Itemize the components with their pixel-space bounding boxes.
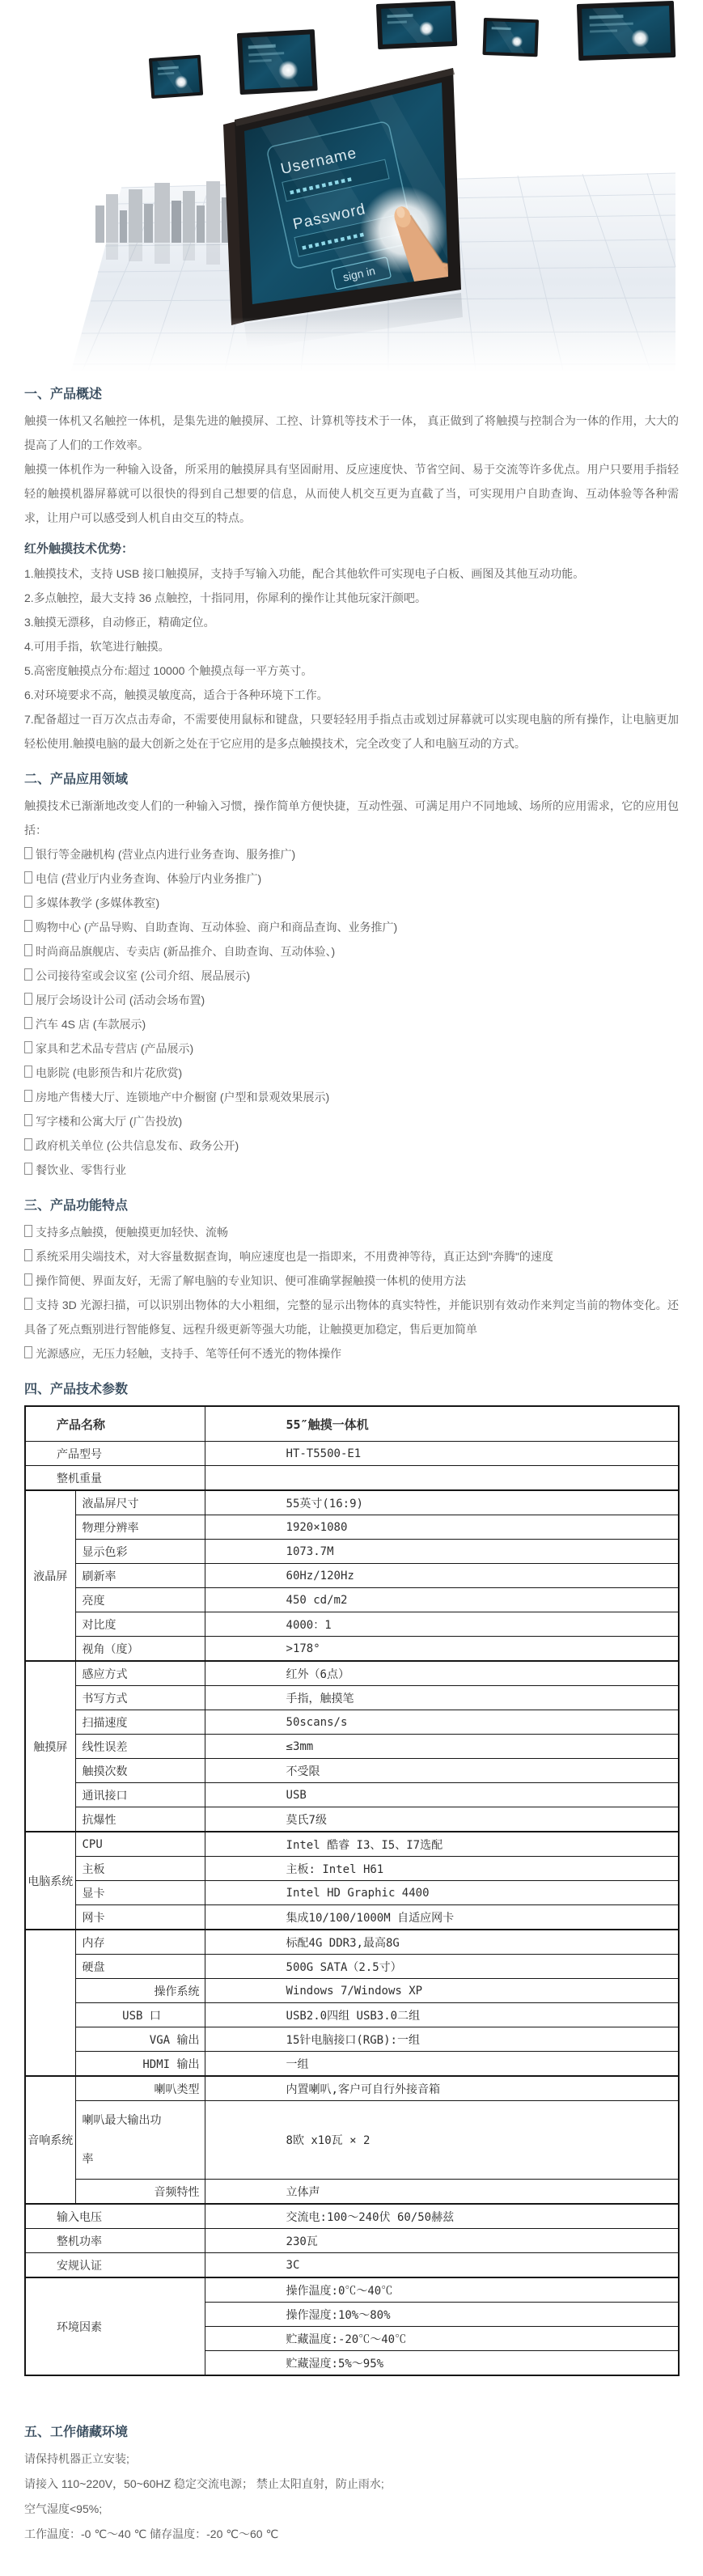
spec-row: 液晶屏 液晶屏尺寸 55英寸(16:9) — [25, 1490, 679, 1515]
spec-row: 整机功率 230瓦 — [25, 2229, 679, 2253]
spec-row: 产品型号 HT-T5500-E1 — [25, 1442, 679, 1466]
spec-value-cell: USB2.0四组 USB3.0二组 — [205, 2003, 679, 2027]
spec-value-cell: ≤3mm — [205, 1735, 679, 1759]
spec-row: 抗爆性莫氏7级 — [25, 1807, 679, 1832]
advantage-item: 7.配备超过一百万次点击寿命，不需要使用鼠标和键盘，只要轻轻用手指点击或划过屏幕… — [24, 707, 679, 756]
application-item: 餐饮业、零售行业 — [24, 1158, 679, 1182]
spec-label-cell: 网卡 — [75, 1905, 205, 1930]
feature-item: 支持多点触摸，便触摸更加轻快、流畅 — [24, 1220, 679, 1244]
spec-label-cell: 对比度 — [75, 1612, 205, 1637]
spec-header-row: 产品名称 55″触摸一体机 — [25, 1406, 679, 1442]
spec-value-cell: Intel HD Graphic 4400 — [205, 1881, 679, 1905]
spec-label-cell: 安规认证 — [25, 2253, 205, 2278]
application-item: 写字楼和公寓大厅 (广告投放) — [24, 1109, 679, 1133]
spec-label-cell: HDMI 输出 — [75, 2052, 205, 2077]
spec-row: 网卡集成10/100/1000M 自适应网卡 — [25, 1905, 679, 1930]
specs-title: 四、产品技术参数 — [24, 1379, 679, 1397]
spec-value-cell: 集成10/100/1000M 自适应网卡 — [205, 1905, 679, 1930]
spec-value-cell: 1920×1080 — [205, 1515, 679, 1540]
box-bullet-icon — [24, 847, 32, 859]
spec-row: HDMI 输出一组 — [25, 2052, 679, 2077]
spec-row: 显卡Intel HD Graphic 4400 — [25, 1881, 679, 1905]
spec-label-cell: 扫描速度 — [75, 1710, 205, 1735]
box-bullet-icon — [24, 1017, 32, 1029]
floating-monitor — [376, 1, 457, 49]
application-item: 汽车 4S 店 (车款展示) — [24, 1012, 679, 1036]
overview-title: 一、产品概述 — [24, 383, 679, 402]
section-specs: 四、产品技术参数 产品名称 55″触摸一体机 产品型号 HT-T5500-E1 … — [24, 1379, 679, 2376]
spec-value-cell: 操作温度:0℃～40℃ — [205, 2277, 679, 2303]
spec-row: 触摸屏 感应方式 红外（6点） — [25, 1661, 679, 1686]
spec-value-cell: 不受限 — [205, 1759, 679, 1783]
section-overview: 一、产品概述 触摸一体机又名触控一体机，是集先进的触摸屏、工控、计算机等技术于一… — [24, 383, 679, 756]
spec-row: 视角（度）>178° — [25, 1637, 679, 1662]
spec-value-cell: 50scans/s — [205, 1710, 679, 1735]
hero-product-image: Username ▪▪▪▪▪▪▪▪▪▪ Password ▪▪▪▪▪▪▪▪▪▪ … — [0, 0, 703, 371]
floating-monitor — [577, 1, 675, 61]
spec-row: 显示色彩1073.7M — [25, 1540, 679, 1564]
spec-label-cell: 物理分辨率 — [75, 1515, 205, 1540]
spec-label-cell: 操作系统 — [75, 1979, 205, 2003]
spec-row: 内存 标配4G DDR3,最高8G — [25, 1930, 679, 1955]
overview-paragraph: 触摸一体机作为一种输入设备，所采用的触摸屏具有坚固耐用、反应速度快、节省空间、易… — [24, 457, 679, 530]
feature-item: 支持 3D 光源扫描，可以识别出物体的大小粗细，完整的显示出物体的真实特性，并能… — [24, 1293, 679, 1341]
spec-row: 环境因素 操作温度:0℃～40℃ — [25, 2277, 679, 2303]
spec-row: 主板主板: Intel H61 — [25, 1857, 679, 1881]
spec-value-cell: 3C — [205, 2253, 679, 2278]
feature-item: 操作简便、界面友好，无需了解电脑的专业知识、便可准确掌握触摸一体机的使用方法 — [24, 1269, 679, 1293]
box-bullet-icon — [24, 968, 32, 981]
application-item: 政府机关单位 (公共信息发布、政务公开) — [24, 1133, 679, 1158]
box-bullet-icon — [24, 1249, 32, 1261]
spec-group-cell — [25, 1930, 75, 2076]
spec-label-cell: 液晶屏尺寸 — [75, 1490, 205, 1515]
spec-value-cell: 交流电:100～240伏 60/50赫兹 — [205, 2204, 679, 2229]
application-intro: 触摸技术已渐渐地改变人们的一种输入习惯，操作简单方便快捷，互动性强、可满足用户不… — [24, 794, 679, 842]
spec-row: VGA 输出15针电脑接口(RGB):一组 — [25, 2027, 679, 2052]
box-bullet-icon — [24, 871, 32, 883]
spec-label-cell: 整机重量 — [25, 1466, 205, 1491]
environment-line: 请接入 110~220V，50~60HZ 稳定交流电源； 禁止太阳直射，防止雨水… — [24, 2472, 679, 2497]
advantage-item: 1.触摸技术，支持 USB 接口触摸屏，支持手写输入功能，配合其他软件可实现电子… — [24, 561, 679, 586]
spec-label-cell: 喇叭类型 — [75, 2076, 205, 2101]
spec-row: 硬盘500G SATA（2.5寸） — [25, 1955, 679, 1979]
spec-label-cell: 整机功率 — [25, 2229, 205, 2253]
spec-group-cell: 液晶屏 — [25, 1490, 75, 1661]
spec-label-cell: 通讯接口 — [75, 1783, 205, 1807]
spec-value-cell: 500G SATA（2.5寸） — [205, 1955, 679, 1979]
spec-label-cell: USB 口 — [75, 2003, 205, 2027]
spec-row: 操作系统Windows 7/Windows XP — [25, 1979, 679, 2003]
spec-row: 书写方式手指，触摸笔 — [25, 1686, 679, 1710]
environment-title: 五、工作储藏环境 — [24, 2421, 679, 2440]
spec-row: 线性误差≤3mm — [25, 1735, 679, 1759]
advantage-item: 3.触摸无漂移，自动修正，精确定位。 — [24, 610, 679, 634]
floating-monitor — [237, 29, 318, 95]
spec-row: 电脑系统 CPU Intel 酷睿 I3、I5、I7选配 — [25, 1832, 679, 1857]
application-title: 二、产品应用领域 — [24, 769, 679, 787]
spec-group-cell: 触摸屏 — [25, 1661, 75, 1832]
spec-value-cell: 1073.7M — [205, 1540, 679, 1564]
spec-value-cell: 60Hz/120Hz — [205, 1564, 679, 1588]
feature-item: 系统采用尖端技术，对大容量数据查询，响应速度也是一指即来，不用费神等待，真正达到… — [24, 1244, 679, 1269]
spec-row: 安规认证 3C — [25, 2253, 679, 2278]
feature-item: 光源感应，无压力轻触，支持手、笔等任何不透光的物体操作 — [24, 1341, 679, 1366]
spec-value-cell: 450 cd/m2 — [205, 1588, 679, 1612]
spec-group-cell: 电脑系统 — [25, 1832, 75, 1930]
spec-value-cell: USB — [205, 1783, 679, 1807]
spec-label-cell: 视角（度） — [75, 1637, 205, 1662]
spec-row: 输入电压 交流电:100～240伏 60/50赫兹 — [25, 2204, 679, 2229]
spec-row: 扫描速度50scans/s — [25, 1710, 679, 1735]
box-bullet-icon — [24, 1138, 32, 1150]
spec-row: 刷新率60Hz/120Hz — [25, 1564, 679, 1588]
spec-value-cell — [205, 1466, 679, 1491]
spec-row: 触摸次数不受限 — [25, 1759, 679, 1783]
section-environment: 五、工作储藏环境 请保持机器正立安装; 请接入 110~220V，50~60HZ… — [24, 2421, 679, 2547]
application-item: 房地产售楼大厅、连锁地产中介橱窗 (户型和景观效果展示) — [24, 1085, 679, 1109]
spec-value-cell: 15针电脑接口(RGB):一组 — [205, 2027, 679, 2052]
spec-row: 物理分辨率1920×1080 — [25, 1515, 679, 1540]
spec-value-cell: 55″触摸一体机 — [205, 1406, 679, 1442]
spec-value-cell: 贮藏湿度:5%～95% — [205, 2351, 679, 2376]
section-features: 三、产品功能特点 支持多点触摸，便触摸更加轻快、流畅 系统采用尖端技术，对大容量… — [24, 1195, 679, 1366]
application-item: 家具和艺术品专营店 (产品展示) — [24, 1036, 679, 1061]
box-bullet-icon — [24, 1346, 32, 1358]
application-item: 时尚商品旗舰店、专卖店 (新品推介、自助查询、互动体验、) — [24, 939, 679, 964]
spec-label-cell: 产品名称 — [25, 1406, 205, 1442]
spec-value-cell: 手指，触摸笔 — [205, 1686, 679, 1710]
spec-group-cell: 环境因素 — [25, 2277, 205, 2375]
floating-monitor — [149, 55, 203, 99]
spec-value-cell: Intel 酷睿 I3、I5、I7选配 — [205, 1832, 679, 1857]
environment-line: 请保持机器正立安装; — [24, 2447, 679, 2472]
application-item: 展厅会场设计公司 (活动会场布置) — [24, 988, 679, 1012]
floating-monitor — [482, 18, 539, 57]
spec-label-cell: 喇叭最大输出功率 — [75, 2101, 205, 2180]
spec-label-cell: 主板 — [75, 1857, 205, 1881]
spec-label-cell: 触摸次数 — [75, 1759, 205, 1783]
hero-image-svg: Username ▪▪▪▪▪▪▪▪▪▪ Password ▪▪▪▪▪▪▪▪▪▪ … — [0, 0, 703, 371]
spec-value-cell: >178° — [205, 1637, 679, 1662]
box-bullet-icon — [24, 1066, 32, 1078]
infrared-title: 红外触摸技术优势： — [24, 540, 679, 557]
spec-row: 整机重量 — [25, 1466, 679, 1491]
box-bullet-icon — [24, 920, 32, 932]
box-bullet-icon — [24, 1041, 32, 1053]
floor-fade — [0, 317, 703, 371]
spec-value-cell: 立体声 — [205, 2180, 679, 2205]
box-bullet-icon — [24, 1163, 32, 1175]
spec-row: 喇叭最大输出功率 8欧 x10瓦 × 2 — [25, 2101, 679, 2180]
spec-value-cell: 红外（6点） — [205, 1661, 679, 1686]
spec-value-cell: 莫氏7级 — [205, 1807, 679, 1832]
box-bullet-icon — [24, 1225, 32, 1237]
spec-label-cell: 显卡 — [75, 1881, 205, 1905]
spec-label-cell: CPU — [75, 1832, 205, 1857]
application-item: 公司接待室或会议室 (公司介绍、展品展示) — [24, 964, 679, 988]
spec-value-cell: 操作湿度:10%～80% — [205, 2303, 679, 2327]
spec-row: 音频特性立体声 — [25, 2180, 679, 2205]
spec-label-cell: 硬盘 — [75, 1955, 205, 1979]
spec-value-cell: Windows 7/Windows XP — [205, 1979, 679, 2003]
spec-label-cell: 亮度 — [75, 1588, 205, 1612]
environment-line: 空气湿度<95%; — [24, 2497, 679, 2522]
box-bullet-icon — [24, 1298, 32, 1310]
spec-row: 音响系统 喇叭类型 内置喇叭,客户可自行外接音箱 — [25, 2076, 679, 2101]
application-item: 电信 (营业厅内业务查询、体验厅内业务推广) — [24, 866, 679, 891]
spec-value-cell: 标配4G DDR3,最高8G — [205, 1930, 679, 1955]
advantage-item: 4.可用手指，软笔进行触摸。 — [24, 634, 679, 659]
box-bullet-icon — [24, 896, 32, 908]
spec-row: USB 口USB2.0四组 USB3.0二组 — [25, 2003, 679, 2027]
advantage-item: 6.对环境要求不高，触摸灵敏度高，适合于各种环境下工作。 — [24, 683, 679, 707]
application-item: 多媒体教学 (多媒体教室) — [24, 891, 679, 915]
spec-label-cell: 书写方式 — [75, 1686, 205, 1710]
spec-label-cell: 产品型号 — [25, 1442, 205, 1466]
advantage-item: 5.高密度触摸点分布:超过 10000 个触摸点每一平方英寸。 — [24, 659, 679, 683]
spec-row: 亮度450 cd/m2 — [25, 1588, 679, 1612]
environment-line: 工作温度：-0 ℃～40 ℃ 储存温度：-20 ℃～60 ℃ — [24, 2522, 679, 2547]
spec-value-cell: HT-T5500-E1 — [205, 1442, 679, 1466]
spec-value-cell: 55英寸(16:9) — [205, 1490, 679, 1515]
application-item: 电影院 (电影预告和片花欣赏) — [24, 1061, 679, 1085]
box-bullet-icon — [24, 944, 32, 956]
spec-label-cell: 输入电压 — [25, 2204, 205, 2229]
spec-value-cell: 8欧 x10瓦 × 2 — [205, 2101, 679, 2180]
box-bullet-icon — [24, 993, 32, 1005]
spec-value-cell: 一组 — [205, 2052, 679, 2077]
section-application: 二、产品应用领域 触摸技术已渐渐地改变人们的一种输入习惯，操作简单方便快捷，互动… — [24, 769, 679, 1182]
application-item: 银行等金融机构 (营业点内进行业务查询、服务推广) — [24, 842, 679, 866]
box-bullet-icon — [24, 1273, 32, 1286]
spec-label-cell: 内存 — [75, 1930, 205, 1955]
specs-table: 产品名称 55″触摸一体机 产品型号 HT-T5500-E1 整机重量 液晶屏 … — [24, 1405, 680, 2376]
advantage-item: 2.多点触控，最大支持 36 点触控，十指同用，你犀利的操作让其他玩家汗颜吧。 — [24, 586, 679, 610]
spec-group-cell: 音响系统 — [25, 2076, 75, 2204]
city-skyline-icon — [95, 181, 240, 265]
spec-label-cell: 刷新率 — [75, 1564, 205, 1588]
application-item: 购物中心 (产品导购、自助查询、互动体验、商户和商品查询、业务推广) — [24, 915, 679, 939]
spec-value-cell: 4000：1 — [205, 1612, 679, 1637]
spec-value-cell: 主板: Intel H61 — [205, 1857, 679, 1881]
spec-row: 对比度4000：1 — [25, 1612, 679, 1637]
spec-label-cell: 抗爆性 — [75, 1807, 205, 1832]
features-title: 三、产品功能特点 — [24, 1195, 679, 1214]
box-bullet-icon — [24, 1090, 32, 1102]
box-bullet-icon — [24, 1114, 32, 1126]
spec-label-cell: 显示色彩 — [75, 1540, 205, 1564]
spec-value-cell: 贮藏温度:-20℃～40℃ — [205, 2327, 679, 2351]
spec-label-cell: 感应方式 — [75, 1661, 205, 1686]
spec-label-cell: VGA 输出 — [75, 2027, 205, 2052]
overview-paragraph: 触摸一体机又名触控一体机，是集先进的触摸屏、工控、计算机等技术于一体， 真正做到… — [24, 409, 679, 457]
spec-row: 通讯接口USB — [25, 1783, 679, 1807]
spec-label-cell: 音频特性 — [75, 2180, 205, 2205]
spec-label-cell: 线性误差 — [75, 1735, 205, 1759]
spec-value-cell: 230瓦 — [205, 2229, 679, 2253]
spec-value-cell: 内置喇叭,客户可自行外接音箱 — [205, 2076, 679, 2101]
